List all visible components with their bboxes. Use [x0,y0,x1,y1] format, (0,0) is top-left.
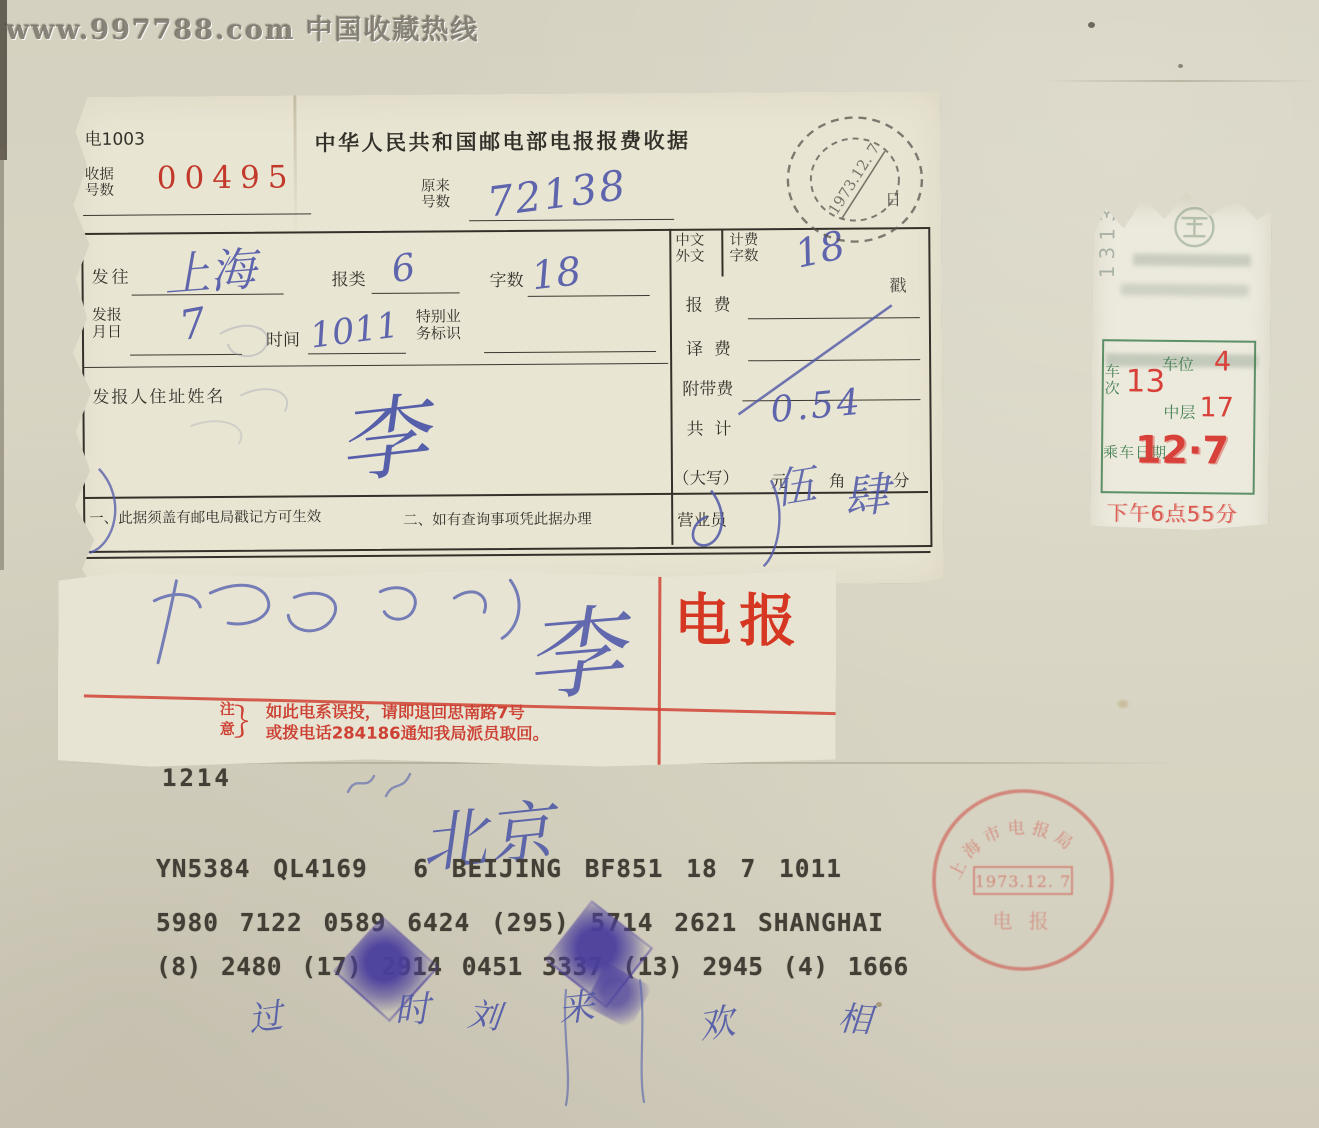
train-number-value: 13 [1126,363,1166,399]
datestamp-char-ri: 日 [885,187,901,210]
page-edge-shadow [0,0,7,160]
word-count-handwritten: 18 [529,249,583,299]
decoded-char-1: 过 [245,988,285,1041]
decoded-char-4: 来 [555,978,596,1032]
datestamp-char-chuo: 戳 [890,271,907,296]
note-one: 一、此据须盖有邮电局戳记方可生效 [89,505,321,528]
telegraph-fee-receipt: 电1003 中华人民共和国邮电部电报报费收据 收据号数 00495 原来号数 7… [68,91,943,589]
scanned-album-page: www.997788.com中国收藏热线 电1003 中华人民共和国邮电部电报报… [0,0,1319,1128]
message-line-two: 5980 7122 0589 6424 (295) 5714 2621 SHAN… [156,908,884,937]
original-no-handwritten: 72138 [484,161,629,227]
receipt-serial-number: 00495 [157,159,296,196]
travel-date-value: 12·7 [1135,428,1229,473]
message-serial: 1214 [162,764,232,792]
receipt-no-underline [83,213,311,216]
amount-in-words-label: （大写） [673,464,739,488]
total-fee-label: 共 计 [687,414,732,439]
fen-label: 分 [893,467,910,491]
watermark-url: www.997788.com [6,15,296,46]
svg-text:1973.12. 7: 1973.12. 7 [975,872,1072,891]
telegram-header: 电报 [674,575,804,658]
class-label: 报类 [331,265,365,290]
railway-emblem-icon [1171,204,1217,250]
seat-value: 4 [1214,346,1232,377]
faded-print-line [1121,283,1249,296]
word-count-label: 字数 [489,266,523,291]
clerk-label: 营业员 [677,506,727,530]
destination-label: 发往 [91,263,131,288]
notice-line-two: 或拨电话284186通知我局派员取回。 [266,719,549,744]
message-line-three: (8) 2480 (17) 2914 0451 3337 (13) 2945 (… [156,952,909,981]
notice-brace: ｝ [234,695,268,744]
paper-stain [1088,22,1095,28]
extra-fee-label: 附带费 [682,374,733,399]
watermark-site-name: 中国收藏热线 [306,15,480,46]
destination-handwritten: 上海 [161,233,258,306]
seat-label: 车位 [1162,352,1194,375]
telegram-form: 电报 注意 ｝ 如此电系误投，请即退回思南路7号 或拨电话284186通知我局派… [58,566,837,773]
message-fee-label: 报 费 [686,290,731,315]
form-code: 电1003 [84,125,144,150]
receipt-no-label: 收据号数 [85,167,117,200]
shanghai-telegraph-delivery-stamp: 上海市电报局 1973.12. 7 电 报 [918,776,1128,986]
paper-stain [1178,64,1183,68]
total-fee-handwritten: 0.54 [769,382,865,431]
telegram-red-vertical-rule [658,573,661,765]
original-no-label: 原来号数 [421,178,453,211]
decoded-char-2: 时 [392,981,431,1034]
copy-number-label: 第二联 [937,253,964,391]
message-line-one: YN5384 QL4169 6 BEIJING BF851 18 7 1011 [156,854,842,883]
train-berth-ticket: 1313 车次 13 车位 4 中层 17 乘车日期 12·7 下午6点55分 [1090,191,1272,531]
faded-print-line [1133,253,1251,266]
note-two: 二、如有查询事项凭此据办理 [403,507,592,529]
send-date-label: 发报月日 [92,307,125,341]
sender-signature-handwritten: 李 [330,362,434,501]
berth-label: 中层 [1163,400,1195,423]
special-service-label: 特别业务标识 [416,308,466,342]
watermark: www.997788.com中国收藏热线 [6,8,480,47]
decoded-char-5: 欢 [694,993,738,1049]
receipt-grid-bottom-rule [84,551,931,559]
train-number-label: 车次 [1105,363,1122,397]
telegram-signature-handwritten: 李 [518,573,627,722]
svg-text:1973.12. 7: 1973.12. 7 [825,140,884,218]
decoded-char-3: 刘 [466,988,504,1038]
receipt-title: 中华人民共和国邮电部电报报费收据 [315,125,691,158]
page-crease [1040,80,1319,82]
translation-fee-label: 译 费 [686,334,731,359]
fee-language-label: 中文外文 [675,233,707,266]
paper-stain [876,1002,882,1007]
fee-header-divider [721,230,723,276]
amount-words-handwritten-fen: 肆 [840,457,892,527]
sender-label: 发报人住址姓名 [92,382,225,408]
paper-stain [1118,700,1128,708]
svg-text:上海市电报局: 上海市电报局 [946,818,1081,882]
decoded-char-6: 相 [836,991,873,1042]
departure-time-text: 下午6点55分 [1106,497,1237,528]
page-edge-shadow [0,150,4,570]
svg-text:电 报: 电 报 [992,909,1053,933]
time-label: 时间 [266,325,300,350]
ticket-side-serial: 1313 [1095,203,1120,278]
berth-value: 17 [1199,392,1234,423]
fee-count-label: 计费字数 [729,232,761,265]
